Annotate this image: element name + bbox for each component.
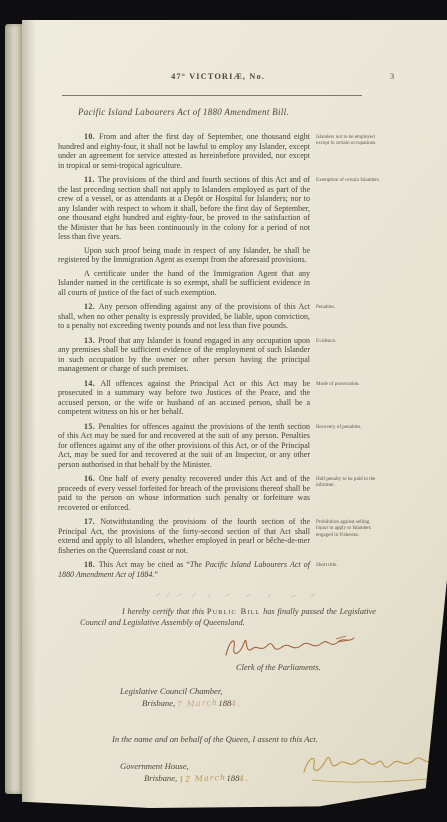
- section-paragraph: 10. From and after the first day of Sept…: [58, 132, 310, 170]
- section-paragraph: 11. The provisions of the third and four…: [58, 175, 310, 242]
- gov-year: 188: [226, 773, 239, 783]
- margin-note: Mode of prosecution.: [316, 379, 380, 417]
- act-section: 11. The provisions of the third and four…: [58, 175, 382, 297]
- photo-background: 47° VICTORIÆ, No. 3 Pacific Island Labou…: [0, 0, 447, 822]
- gov-handwritten-date: 12 March: [179, 772, 227, 786]
- section-number: 13.: [84, 336, 98, 345]
- gov-handwritten-year: 4.: [239, 773, 249, 785]
- section-paragraph: 13. Proof that any Islander is found eng…: [58, 336, 310, 374]
- section-number: 17.: [84, 517, 100, 526]
- act-section: 15. Penalties for offences against the p…: [58, 422, 382, 470]
- section-number: 11.: [84, 175, 98, 184]
- section-number: 16.: [84, 474, 99, 483]
- section-paragraph: 16. One half of every penalty recovered …: [58, 474, 310, 512]
- act-section: 13. Proof that any Islander is found eng…: [58, 336, 382, 374]
- section-paragraph: Upon such proof being made in respect of…: [58, 246, 310, 265]
- margin-note: Penalties.: [316, 302, 380, 331]
- margin-note: Half penalty to be paid to the informer.: [316, 474, 380, 512]
- section-number: 14.: [84, 379, 101, 388]
- margin-note: Short title.: [316, 560, 380, 579]
- section-paragraph: 12. Any person offending against any of …: [58, 302, 310, 331]
- council-handwritten-year: 4.: [231, 698, 241, 710]
- council-dateline: Brisbane, 7 March 1884.: [142, 697, 447, 710]
- margin-note: Evidence.: [316, 336, 380, 374]
- bill-title: Pacific Island Labourers Act of 1880 Ame…: [78, 107, 447, 117]
- public-bill-label: Public Bill: [207, 607, 260, 616]
- gov-city: Brisbane,: [144, 773, 179, 783]
- underlying-page-edge: [5, 24, 24, 794]
- section-paragraph: 15. Penalties for offences against the p…: [58, 422, 310, 470]
- act-section: 17. Notwithstanding the provisions of th…: [58, 517, 382, 555]
- act-section: 14. All offences against the Principal A…: [58, 379, 382, 417]
- act-sections: 10. From and after the first day of Sept…: [58, 132, 382, 579]
- council-handwritten-date: 7 March: [177, 697, 219, 711]
- governor-signature: [298, 744, 447, 788]
- council-city: Brisbane,: [142, 698, 177, 708]
- section-paragraph: 17. Notwithstanding the provisions of th…: [58, 517, 310, 555]
- header-rule: [62, 95, 362, 96]
- act-section: 12. Any person offending against any of …: [58, 302, 382, 331]
- document-page: 47° VICTORIÆ, No. 3 Pacific Island Labou…: [22, 20, 447, 808]
- section-number: 15.: [84, 422, 98, 431]
- council-attestation: Legislative Council Chamber, Brisbane, 7…: [120, 685, 447, 710]
- act-section: 18. This Act may be cited as “The Pacifi…: [58, 560, 382, 579]
- regnal-heading: 47° VICTORIÆ, No.: [88, 72, 348, 81]
- section-paragraph: 18. This Act may be cited as “The Pacifi…: [58, 560, 310, 579]
- margin-note: Exemption of certain Islanders.: [316, 175, 380, 297]
- section-paragraph: 14. All offences against the Principal A…: [58, 379, 310, 417]
- clerk-signature: [220, 629, 360, 665]
- council-year: 188: [218, 698, 231, 708]
- page-number: 3: [390, 72, 394, 81]
- certification-text: I hereby certify that this Public Bill h…: [80, 606, 376, 628]
- act-section: 16. One half of every penalty recovered …: [58, 474, 382, 512]
- margin-note: Islanders not to be employed except in c…: [316, 132, 380, 170]
- margin-note: Prohibition against selling liquor to ap…: [316, 517, 380, 555]
- page-content: 47° VICTORIÆ, No. 3 Pacific Island Labou…: [22, 20, 447, 808]
- section-number: 12.: [84, 302, 99, 311]
- margin-note: Recovery of penalties.: [316, 422, 380, 470]
- page-header: 47° VICTORIÆ, No. 3: [58, 72, 418, 85]
- council-place: Legislative Council Chamber,: [120, 685, 447, 697]
- cert-text-before: I hereby certify that this: [122, 607, 207, 616]
- section-number: 18.: [84, 560, 99, 569]
- act-section: 10. From and after the first day of Sept…: [58, 132, 382, 170]
- section-number: 10.: [84, 132, 99, 141]
- section-paragraph: A certificate under the hand of the Immi…: [58, 269, 310, 298]
- governor-attestation: Government House, Brisbane, 12 March 188…: [120, 760, 447, 785]
- pencil-marks: [154, 590, 324, 599]
- clerk-title: Clerk of the Parliaments.: [236, 663, 447, 672]
- royal-assent-text: In the name and on behalf of the Queen, …: [112, 734, 447, 744]
